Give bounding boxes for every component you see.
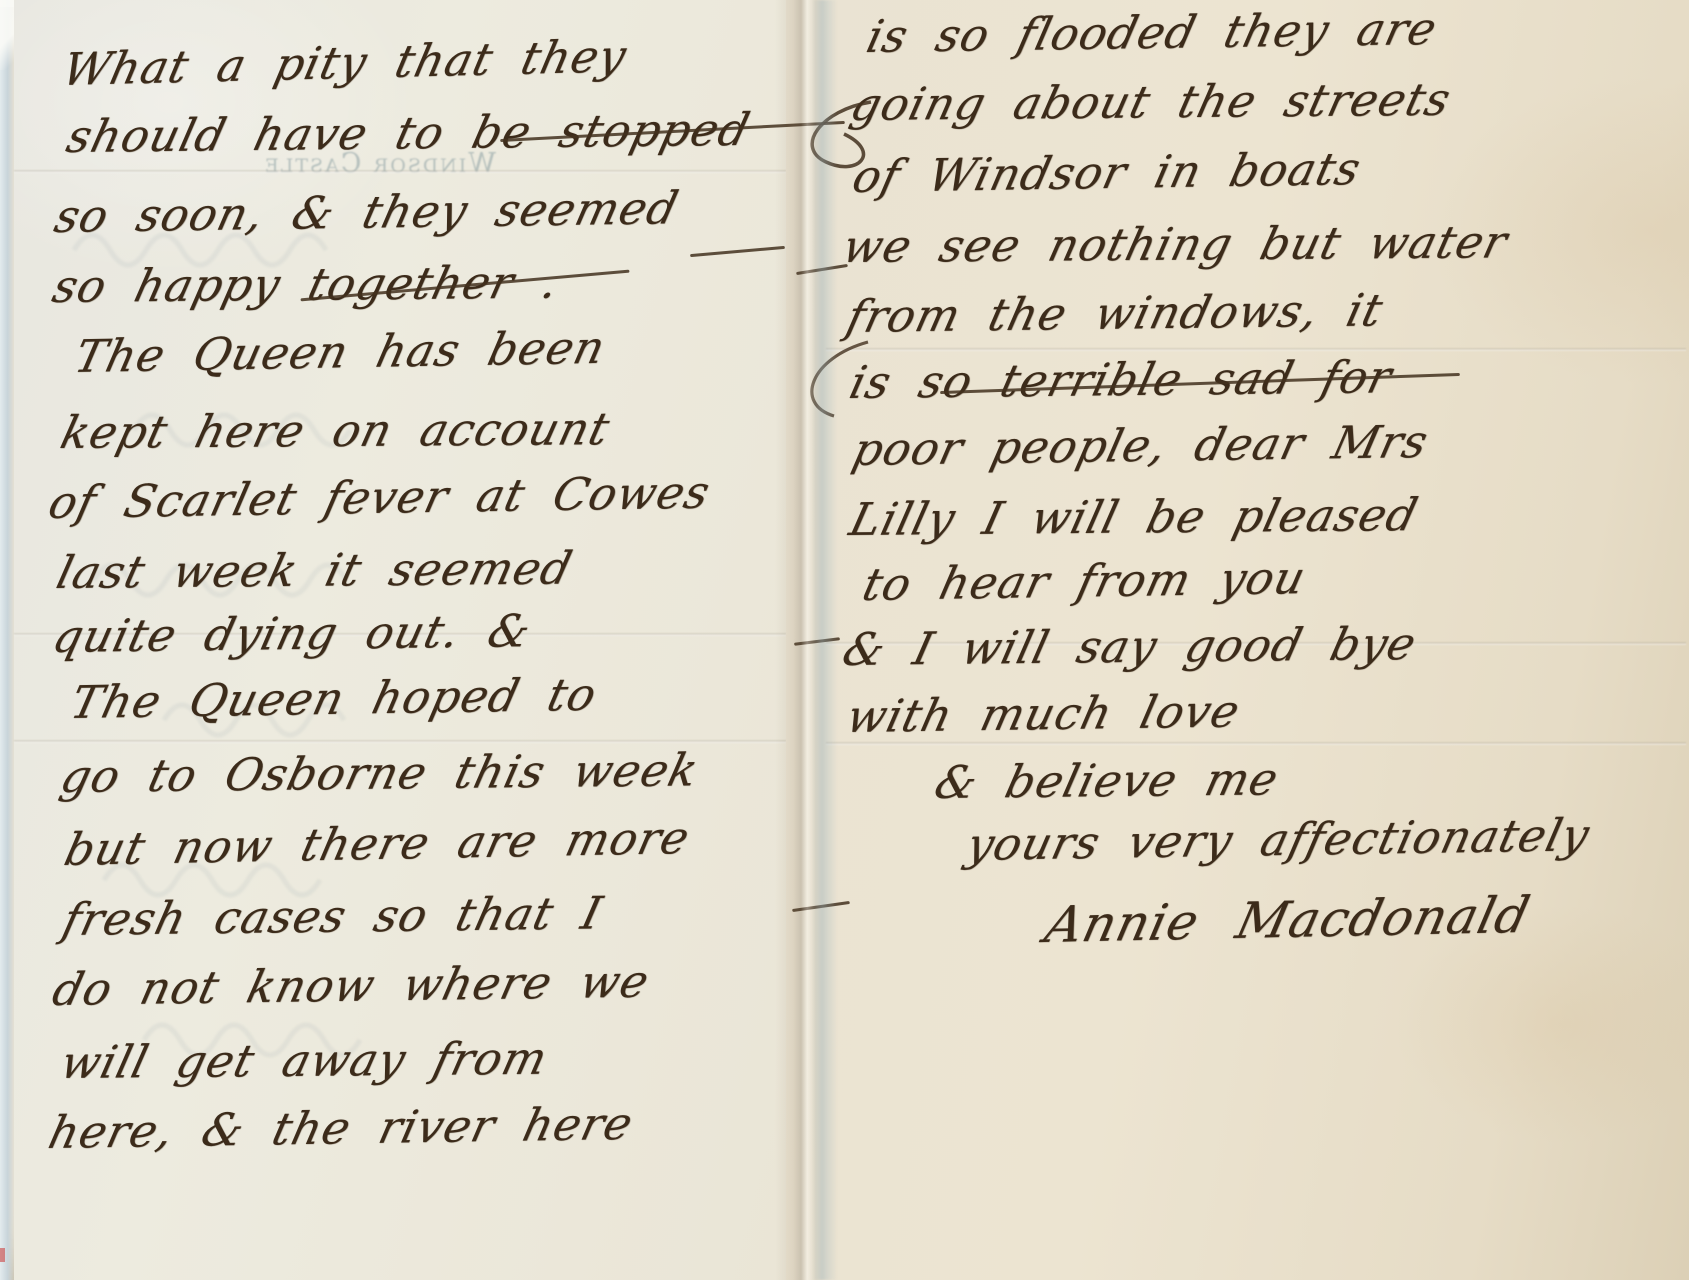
fold-crease (14, 170, 786, 173)
letter-line: of Scarlet fever at Cowes (44, 468, 715, 528)
letter-line: from the windows, it (842, 285, 1388, 341)
letter-line: & I will say good bye (838, 619, 1421, 674)
letter-line: What a pity that they (58, 31, 631, 94)
letter-line: yours very affectionately (962, 810, 1594, 869)
fold-crease (14, 740, 786, 743)
letter-line: here, & the river here (44, 1099, 638, 1158)
letter-line: going about the streets (846, 75, 1456, 130)
letter-line: will get away from (56, 1034, 553, 1088)
letter-line: with much love (842, 687, 1245, 742)
letter-page-left: Windsor Castle What a pity that they sho… (14, 0, 786, 1280)
letter-line: to hear from you (858, 553, 1311, 609)
scan-left-edge (0, 0, 14, 1280)
fold-crease (826, 742, 1686, 745)
letter-line: & believe me (930, 754, 1284, 807)
edge-fleck (0, 1248, 5, 1262)
signature: Annie Macdonald (1040, 888, 1535, 953)
letter-line: last week it seemed (52, 544, 577, 598)
letter-line: The Queen hoped to (66, 670, 602, 728)
letter-line: kept here on account (56, 404, 615, 457)
fold-crease (826, 348, 1686, 351)
letter-line: is so flooded they are (862, 4, 1442, 61)
letter-scan: Windsor Castle What a pity that they sho… (0, 0, 1689, 1280)
letter-line: go to Osborne this week (56, 745, 703, 801)
letter-line: but now there are more (60, 813, 695, 874)
letter-line: quite dying out. & (48, 606, 536, 661)
letter-line: of Windsor in boats (848, 144, 1366, 201)
letter-line: The Queen has been (70, 323, 610, 382)
inner-page-edge (812, 0, 836, 1280)
letter-line: we see nothing but water (838, 217, 1513, 271)
letter-line: so soon, & they seemed (50, 183, 683, 241)
letter-line: do not know where we (48, 957, 654, 1015)
letter-line: fresh cases so that I (58, 888, 607, 944)
letter-line: poor people, dear Mrs (848, 417, 1433, 474)
letter-line: Lilly I will be pleased (845, 490, 1423, 544)
